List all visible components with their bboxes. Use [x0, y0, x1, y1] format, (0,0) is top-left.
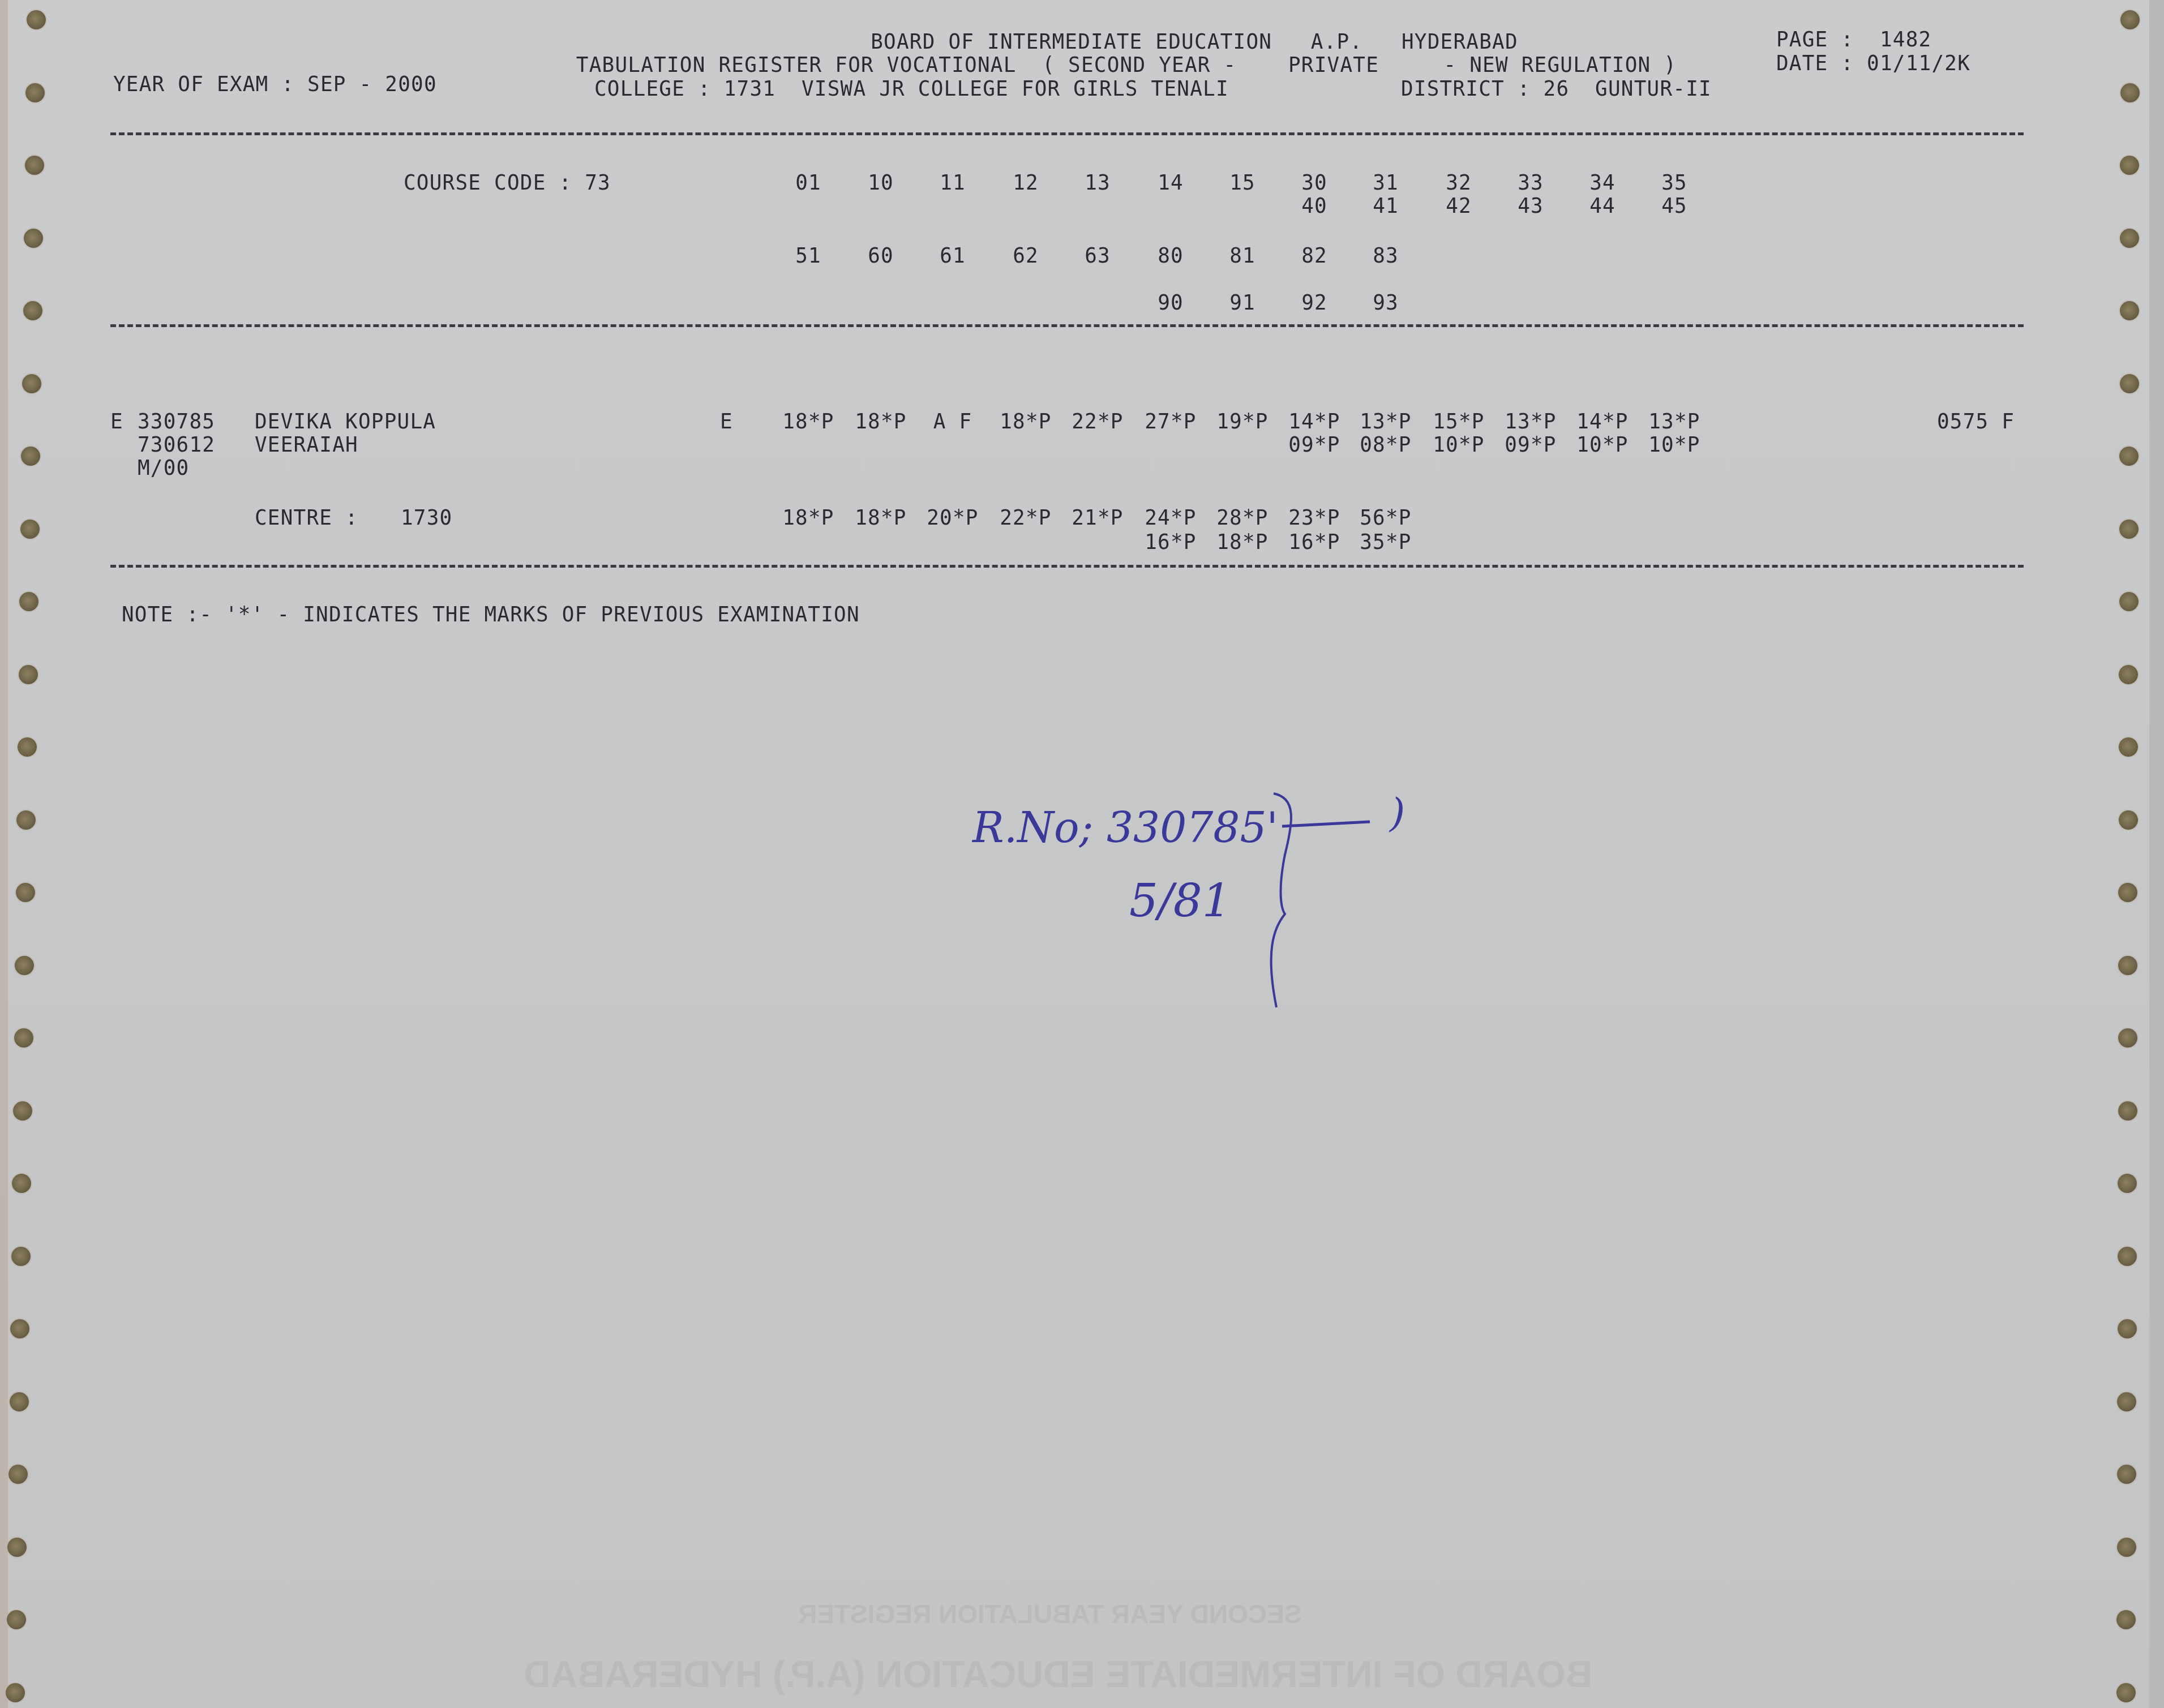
feed-hole-icon: [2116, 1683, 2136, 1702]
centre-mark: 35*P: [1360, 531, 1412, 553]
feed-hole-icon: [24, 229, 43, 248]
year-of-exam: YEAR OF EXAM : SEP - 2000: [113, 74, 437, 95]
subject-mark: 18*P: [855, 411, 907, 432]
subject-mark: 09*P: [1288, 434, 1340, 456]
subject-code: 41: [1373, 195, 1399, 217]
centre-label: CENTRE :: [255, 507, 358, 529]
feed-hole-icon: [21, 447, 40, 466]
feed-hole-icon: [11, 1247, 31, 1266]
feed-hole-icon: [2119, 665, 2138, 684]
handwritten-reference: 5/81: [1129, 874, 1231, 927]
feed-hole-icon: [13, 1101, 32, 1121]
feed-hole-icon: [16, 810, 36, 830]
centre-mark: 18*P: [855, 507, 907, 529]
subject-code: 11: [940, 172, 966, 194]
feed-hole-icon: [2120, 229, 2139, 248]
feed-hole-icon: [2118, 1028, 2137, 1048]
subject-code: 92: [1301, 292, 1327, 314]
subject-mark: 13*P: [1360, 411, 1412, 432]
student-name: DEVIKA KOPPULA: [255, 411, 436, 432]
feed-hole-icon: [2117, 1465, 2136, 1484]
register-title: TABULATION REGISTER FOR VOCATIONAL ( SEC…: [576, 54, 1677, 76]
feed-hole-icon: [18, 737, 37, 757]
subject-mark: 18*P: [1000, 411, 1052, 432]
tabulation-register-sheet: BOARD OF INTERMEDIATE EDUCATION A.P. HYD…: [0, 0, 2164, 1708]
centre-mark: 28*P: [1216, 507, 1269, 529]
district-info: DISTRICT : 26 GUNTUR-II: [1401, 78, 1712, 100]
feed-hole-icon: [2116, 1610, 2136, 1629]
subject-mark: 14*P: [1288, 411, 1340, 432]
feed-hole-icon: [2117, 1538, 2136, 1557]
centre-mark: 56*P: [1360, 507, 1412, 529]
subject-code: 42: [1446, 195, 1472, 217]
centre-mark: 16*P: [1288, 531, 1340, 553]
centre-mark: 16*P: [1145, 531, 1197, 553]
feed-hole-icon: [2118, 956, 2137, 975]
centre-code: 1730: [401, 507, 453, 529]
student-code: 730612: [138, 434, 215, 456]
feed-hole-icon: [2120, 374, 2139, 393]
feed-hole-icon: [6, 1683, 25, 1702]
centre-mark: 20*P: [927, 507, 979, 529]
subject-code: 83: [1373, 245, 1399, 267]
board-title: BOARD OF INTERMEDIATE EDUCATION A.P. HYD…: [871, 31, 1518, 53]
subject-mark: 08*P: [1360, 434, 1412, 456]
subject-code: 33: [1518, 172, 1544, 194]
subject-code: 13: [1085, 172, 1111, 194]
medium-flag: E: [720, 411, 733, 432]
separator-line: [110, 324, 2024, 327]
feed-hole-icon: [7, 1538, 27, 1557]
feed-hole-icon: [10, 1319, 29, 1338]
record-flag: E: [110, 411, 123, 432]
subject-code: 40: [1301, 195, 1327, 217]
subject-code: 30: [1301, 172, 1327, 194]
total-result: 0575 F: [1937, 411, 2015, 432]
subject-code: 45: [1661, 195, 1687, 217]
subject-code: 01: [795, 172, 821, 194]
subject-code: 51: [795, 245, 821, 267]
subject-mark: 13*P: [1505, 411, 1557, 432]
feed-hole-icon: [2120, 301, 2139, 320]
feed-hole-icon: [25, 156, 44, 175]
subject-code: 34: [1589, 172, 1615, 194]
subject-mark: 15*P: [1433, 411, 1485, 432]
centre-mark: 24*P: [1145, 507, 1197, 529]
subject-code: 31: [1373, 172, 1399, 194]
feed-hole-icon: [2120, 83, 2140, 102]
subject-code: 62: [1013, 245, 1039, 267]
father-name: VEERAIAH: [255, 434, 358, 456]
subject-mark: A F: [933, 411, 972, 432]
feed-hole-icon: [2120, 156, 2139, 175]
subject-code: 81: [1229, 245, 1255, 267]
feed-hole-icon: [2119, 737, 2138, 757]
subject-mark: 22*P: [1072, 411, 1124, 432]
subject-code: 44: [1589, 195, 1615, 217]
college-info: COLLEGE : 1731 VISWA JR COLLEGE FOR GIRL…: [594, 78, 1229, 100]
feed-hole-icon: [2119, 520, 2139, 539]
feed-hole-icon: [14, 1028, 33, 1048]
subject-code: 12: [1013, 172, 1039, 194]
subject-mark: 27*P: [1145, 411, 1197, 432]
feed-hole-icon: [23, 301, 42, 320]
medium-code: M/00: [138, 457, 190, 479]
subject-code: 43: [1518, 195, 1544, 217]
subject-mark: 10*P: [1433, 434, 1485, 456]
footnote: NOTE :- '*' - INDICATES THE MARKS OF PRE…: [122, 604, 860, 625]
feed-hole-icon: [20, 520, 40, 539]
handwritten-brace-icon: [1262, 787, 1398, 1013]
feed-hole-icon: [10, 1392, 29, 1411]
feed-hole-icon: [16, 883, 35, 902]
feed-hole-icon: [2118, 1174, 2137, 1193]
subject-code: 61: [940, 245, 966, 267]
subject-code: 91: [1229, 292, 1255, 314]
bleed-through-subtitle: SECOND YEAR TABULATION REGISTER: [798, 1599, 1301, 1629]
feed-hole-icon: [25, 83, 45, 102]
centre-mark: 18*P: [1216, 531, 1269, 553]
feed-hole-icon: [12, 1174, 31, 1193]
subject-code: 63: [1085, 245, 1111, 267]
subject-mark: 19*P: [1216, 411, 1269, 432]
subject-mark: 14*P: [1576, 411, 1629, 432]
paper-right-edge: [2149, 0, 2164, 1708]
roll-number: 330785: [138, 411, 215, 432]
feed-hole-icon: [2117, 1392, 2136, 1411]
print-date: DATE : 01/11/2K: [1776, 53, 1970, 74]
feed-hole-icon: [2119, 447, 2139, 466]
subject-code: 82: [1301, 245, 1327, 267]
centre-mark: 22*P: [1000, 507, 1052, 529]
feed-hole-icon: [2119, 810, 2138, 830]
feed-hole-icon: [7, 1610, 26, 1629]
subject-code: 15: [1229, 172, 1255, 194]
subject-mark: 10*P: [1648, 434, 1700, 456]
feed-hole-icon: [8, 1465, 28, 1484]
separator-line: [110, 132, 2024, 135]
feed-hole-icon: [15, 956, 34, 975]
subject-mark: 18*P: [782, 411, 834, 432]
feed-hole-icon: [2118, 1247, 2137, 1266]
feed-hole-icon: [19, 665, 38, 684]
subject-code: 80: [1158, 245, 1184, 267]
subject-mark: 09*P: [1505, 434, 1557, 456]
feed-hole-icon: [2118, 1319, 2137, 1338]
course-code-label: COURSE CODE : 73: [404, 172, 611, 194]
feed-hole-icon: [22, 374, 41, 393]
handwritten-roll-number: R.No; 330785': [972, 804, 1278, 852]
subject-code: 14: [1158, 172, 1184, 194]
bleed-through-title: BOARD OF INTERMEDIATE EDUCATION (A.P.) H…: [524, 1653, 1592, 1696]
centre-mark: 18*P: [782, 507, 834, 529]
subject-code: 60: [868, 245, 894, 267]
subject-code: 93: [1373, 292, 1399, 314]
feed-hole-icon: [19, 592, 38, 611]
subject-mark: 13*P: [1648, 411, 1700, 432]
feed-hole-icon: [2118, 883, 2137, 902]
centre-mark: 23*P: [1288, 507, 1340, 529]
subject-mark: 10*P: [1576, 434, 1629, 456]
separator-line: [110, 565, 2024, 568]
subject-code: 35: [1661, 172, 1687, 194]
subject-code: 90: [1158, 292, 1184, 314]
subject-code: 10: [868, 172, 894, 194]
page-number: PAGE : 1482: [1776, 29, 1932, 50]
feed-hole-icon: [2118, 1101, 2137, 1121]
centre-mark: 21*P: [1072, 507, 1124, 529]
feed-hole-icon: [27, 10, 46, 29]
paper-left-edge: [0, 0, 8, 1708]
subject-code: 32: [1446, 172, 1472, 194]
feed-hole-icon: [2119, 592, 2139, 611]
feed-hole-icon: [2120, 10, 2140, 29]
